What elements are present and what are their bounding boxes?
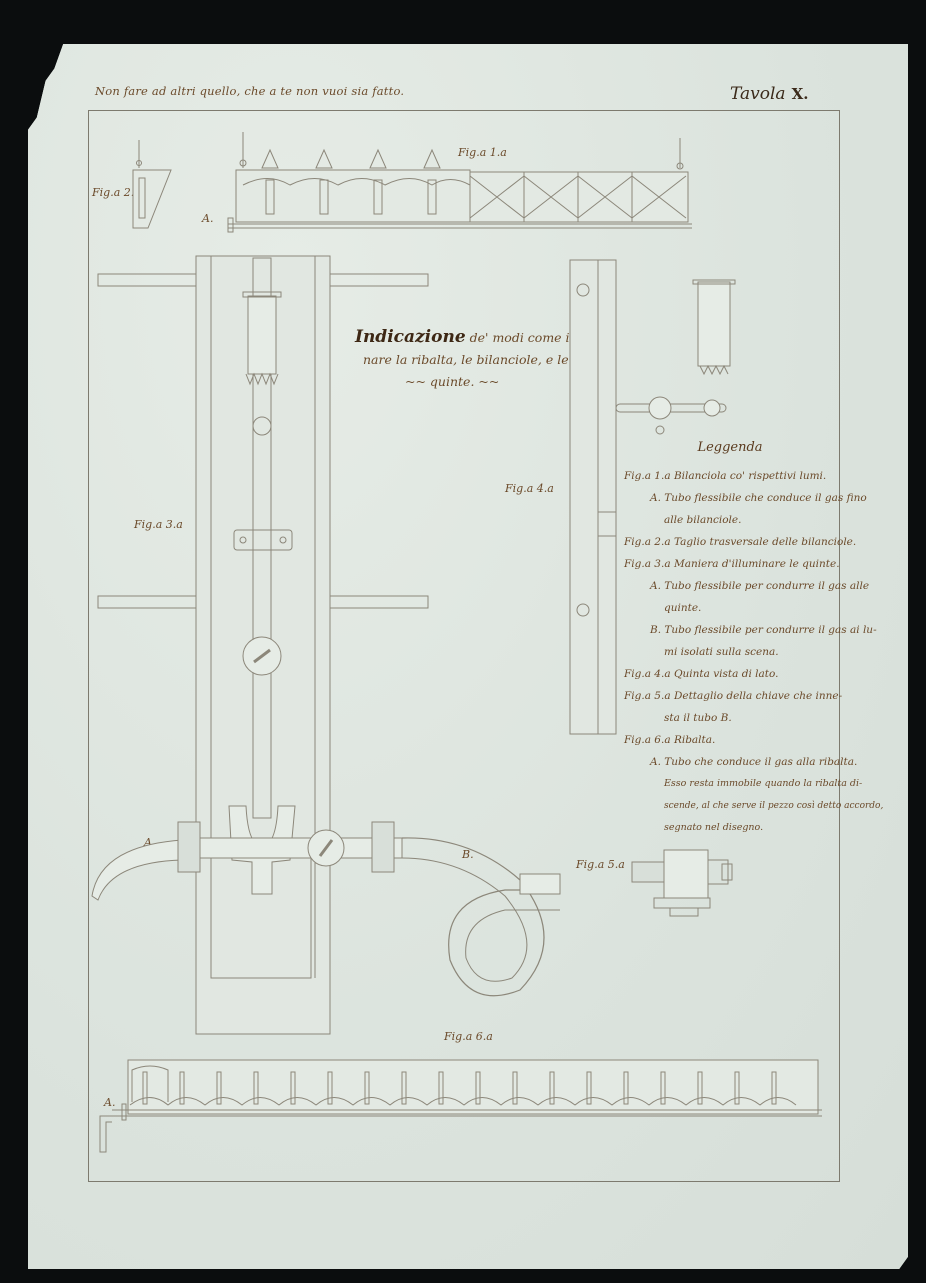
technical-drawings [0,0,926,1283]
fig3-quinta-drawing [98,256,428,1034]
fig2-cross-section-drawing [133,140,171,228]
fig5-key-detail-drawing [632,850,732,916]
fig6-ribalta-drawing [100,1060,822,1152]
fig4-quinta-side-drawing [570,260,735,734]
fig1-bilanciola-drawing [228,132,692,232]
